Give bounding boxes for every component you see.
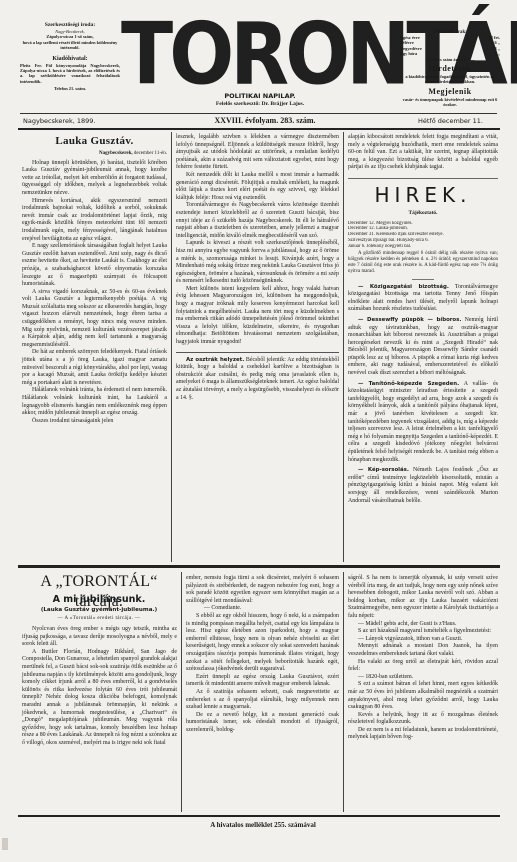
politics-text: Bécsből jelentik: Az eddig történtekből … — [176, 357, 339, 401]
paragraph: S ebből az egy okból hisszem, hogy ő nek… — [186, 613, 339, 674]
library-stamp-mark — [2, 838, 8, 850]
calendar-title: Tájékoztató. — [348, 210, 498, 218]
paragraph: De ez nem is a mi feladatunk, hanem az i… — [348, 727, 498, 742]
news-item-heading: — Tanítónő-képezde Szegeden. — [358, 381, 459, 387]
politics-heading: Az osztrák helyzet. — [186, 357, 244, 363]
appears-text: vasár- és ünnepnapok kivételével mindenn… — [400, 97, 500, 107]
short-divider — [412, 279, 434, 280]
paragraph: — 1820-ban születtem. — [348, 674, 498, 682]
paragraph: Hálátlanok volnánk iránta, ha érdemeit e… — [22, 387, 167, 417]
feuilleton-col2: ember, nemsiu fogja türni a sok dicséret… — [186, 575, 339, 734]
paragraph: A sirva vigadó korszaknak, az 50-es és 6… — [22, 289, 167, 350]
paragraph: Mert különös isteni kegyelem kell ahhoz,… — [176, 286, 339, 347]
paragraph: Lapunk is kiveszi a részét volt szerkesz… — [176, 240, 339, 286]
paragraph: lesznek, legalább szivben s lélekben a v… — [176, 134, 339, 172]
editorial-office-box: Szerkesztőségi iroda: Nagy-Becskerek, Zá… — [20, 22, 120, 92]
news-item: — Dessewffy püspök — bíboros. Nemrég hír… — [348, 317, 498, 378]
bath-notice: A gőzfürdő mindennap reggel 6 órától dél… — [348, 251, 498, 275]
subscription-box: Előfizetési árak: Egész évre 12 frt. Fél… — [400, 30, 500, 107]
news-section-title: HIREK. — [348, 182, 498, 208]
paragraph: De ez a nevető hölgy, kit a mostani gene… — [186, 712, 339, 735]
ads-text: a kiadóhivatalban fogadtatnak el, úgyszi… — [400, 74, 500, 84]
paragraph: Ha valaki az öreg urtól az életrajzát ké… — [348, 659, 498, 674]
office-note: hová a lap szellemi részét illető minden… — [20, 40, 120, 51]
lead-article-col2: lesznek, legalább szivben s lélekben a v… — [176, 134, 339, 402]
section-divider — [348, 178, 498, 179]
publisher-text: Pleitz Fer. Pál könyvnyomdája Nagybecske… — [20, 63, 120, 85]
editor-line: Felelős szerkesztő: Dr. Brájjer Lajos. — [160, 101, 360, 107]
place-year: Nagybecskerek, 1899. — [23, 114, 95, 128]
section-divider — [176, 352, 339, 353]
paragraph: Nyolcvan éves öreg ember s mégis ugy tet… — [22, 626, 177, 649]
news-column: alapján kibocsátott rendeletek felett fo… — [348, 134, 498, 505]
paragraph: A Buttler Florián, Hodnagy Rikhárd, San … — [22, 649, 177, 748]
phone-number: Telefon 21. szám. — [20, 86, 120, 91]
calendar-entry: Január 6. Jótékony nőegyleti bál. — [348, 244, 498, 250]
column-divider — [343, 132, 344, 562]
price-row: Egy hóra 1 „ — [400, 51, 500, 56]
paragraph: Hirnevés kortársai, akik egyszersmind ne… — [22, 198, 167, 244]
day-date: Hétfő december 11. — [418, 114, 483, 128]
newspaper-page: Szerkesztőségi iroda: Nagy-Becskerek, Zá… — [0, 0, 517, 862]
office-title: Szerkesztőségi iroda: — [20, 22, 120, 29]
paragraph: — Comediante. — [186, 605, 339, 613]
column-divider — [171, 132, 172, 562]
paragraph: ságról. S ha nem is ismerjük olyannak, k… — [348, 575, 498, 621]
news-item: — Kép-sorsolás. Németh Lajos festőnek „Ő… — [348, 467, 498, 505]
feuilleton-section-title: A „TORONTÁL“ tárcája. — [20, 572, 178, 612]
price-period: Egy hóra — [400, 51, 417, 56]
appears-title: Megjelenik — [400, 87, 500, 97]
column-divider — [181, 572, 182, 812]
news-item-heading: — Közigazgatási bizottság. — [358, 284, 449, 290]
event-calendar: December 12. Megyei közgyülés. December … — [348, 221, 498, 250]
column-divider — [343, 572, 344, 812]
ads-title: Hirdetések — [400, 64, 500, 74]
paragraph: S az uri házaknál magyarul ismételték a … — [348, 628, 498, 636]
paragraph: De hát az emberek szörnyen feledékenyek.… — [22, 349, 167, 387]
paragraph: ember, nemsiu fogja türni a sok dicséret… — [186, 575, 339, 605]
paragraph: Holnap ünnepli körünkben, jó barátai, ti… — [22, 160, 167, 198]
masthead: Szerkesztőségi iroda: Nagy-Becskerek, Zá… — [0, 0, 517, 120]
feuilleton-col1: Nyolcvan éves öreg ember s mégis ugy tet… — [22, 626, 177, 748]
paragraph: Az ő szatirája sohasem sebzett, csak meg… — [186, 689, 339, 712]
lead-article-dateline: Nagybecskerek, december 11-én. — [22, 150, 167, 158]
lead-article-col1: Lauka Gusztáv. Nagybecskerek, december 1… — [22, 134, 167, 425]
masthead-divider — [18, 128, 500, 130]
news-item: — Közigazgatási bizottság. Torontálvárme… — [348, 284, 498, 314]
feuilleton-divider — [18, 565, 500, 568]
news-item: — Tanítónő-képezde Szegeden. A vallás- é… — [348, 381, 498, 465]
paragraph: alapján kibocsátott rendeletek felett fo… — [348, 134, 498, 172]
paragraph: S ezt a számot bátran el lehet hinni, me… — [348, 681, 498, 711]
footer-divider — [18, 815, 500, 817]
news-item-text: A vallás- és közoktatásügyi miniszter le… — [348, 381, 498, 463]
paragraph: Két nemzedék dőlt ki Lauka mellől s most… — [176, 172, 339, 202]
lead-article-title: Lauka Gusztáv. — [22, 134, 167, 148]
paragraph: Kevés a helyünk, hogy itt az ő mozgalmas… — [348, 712, 498, 727]
supplement-note: A hivatalos melléklet 255. számával — [163, 821, 363, 829]
politics-item: Az osztrák helyzet. Bécsből jelentik: Az… — [176, 357, 339, 403]
paragraph: Ezért ünnepli az egész ország Lauka Gusz… — [186, 674, 339, 689]
publisher-title: Kiadóhivatal: — [20, 55, 120, 63]
news-item-heading: — Kép-sorsolás. — [358, 467, 409, 473]
dateline-date: december 11-én. — [134, 151, 167, 156]
dateline-bar: Nagybecskerek, 1899. XXVIII. évfolyam. 2… — [20, 113, 497, 127]
single-issue-price: — Egyes szám ára 4 kr. — — [400, 57, 500, 62]
paragraph: — Lányok vigyázzatok, itthon van a Guszt… — [348, 636, 498, 644]
paragraph: Torontálvármegye és Nagybecskerek város … — [176, 202, 339, 240]
paragraph: E nagy szellemóriások társaságában fogla… — [22, 243, 167, 289]
news-item-text: Nemrég hírül adtuk egy táviratunkban, ho… — [348, 317, 498, 376]
dateline-place: Nagybecskerek, — [99, 151, 133, 156]
feuilleton-col3: ságról. S ha nem is ismerjük olyannak, k… — [348, 575, 498, 742]
feuilleton-title: A mi jubilánsunk. — [20, 594, 178, 605]
newspaper-subtitle: POLITIKAI NAPILAP. — [160, 92, 360, 100]
volume-issue: XXVIII. évfolyam. 283. szám. — [210, 114, 320, 128]
feuilleton-subtitle: (Lauka Gusztáv gyémánt-jubileuma.) — [20, 607, 178, 613]
paragraph: Összes irodalmi társaságaink jelen — [22, 418, 167, 426]
news-item-heading: — Dessewffy püspök — bíboros. — [358, 317, 461, 323]
feuilleton-original-note: — A »Torontál« eredeti tárcája. — — [20, 616, 178, 621]
price-value: 1 „ — [495, 51, 501, 56]
newspaper-title: TORONTÁL — [121, 10, 415, 100]
paragraph: Mennyit adnának a mostani Don Juanok, ha… — [348, 643, 498, 658]
